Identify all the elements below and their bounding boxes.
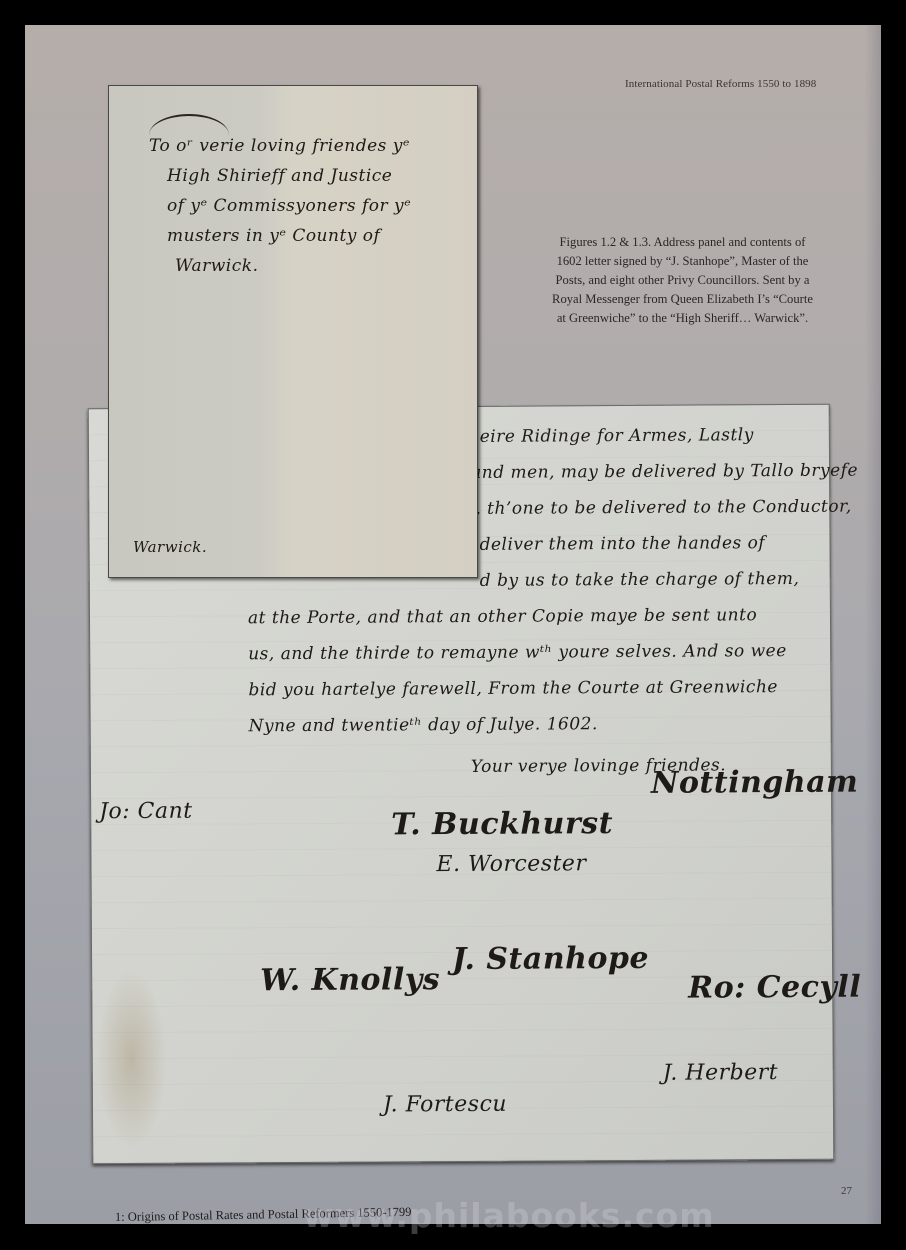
signature: W. Knollys: [260, 962, 440, 998]
signature: J. Stanhope: [452, 941, 649, 977]
signature: J. Herbert: [663, 1060, 778, 1086]
letter-line: Nyne and twentieᵗʰ day of Julye. 1602.: [249, 714, 598, 736]
caption-line: Posts, and eight other Privy Councillors…: [525, 271, 840, 290]
letter-line: deliver them into the handes of: [479, 533, 765, 555]
signature: J. Fortescu: [383, 1092, 507, 1118]
caption-line: at Greenwiche” to the “High Sheriff… War…: [525, 309, 840, 328]
watermark: www.philabooks.com: [303, 1196, 715, 1235]
signature: Jo: Cant: [99, 799, 193, 825]
caption-line: Royal Messenger from Queen Elizabeth I’s…: [525, 290, 840, 309]
letter-line: theire Ridinge for Armes, Lastly: [461, 425, 754, 447]
paper-stain: [96, 969, 167, 1149]
letter-line: d by us to take the charge of them,: [480, 569, 800, 591]
signature: E. Worcester: [436, 851, 586, 877]
address-line: Warwick.: [175, 256, 258, 276]
letter-line: at the Porte, and that an other Copie ma…: [248, 605, 757, 628]
caption-line: Figures 1.2 & 1.3. Address panel and con…: [525, 233, 840, 252]
letter-line: us, and the thirde to remayne wᵗʰ youre …: [248, 641, 787, 664]
caption-line: 1602 letter signed by “J. Stanhope”, Mas…: [525, 252, 840, 271]
letter-line: and men, may be delivered by Tallo bryef…: [471, 461, 858, 483]
address-line: To oʳ verie loving friendes yᵉ: [149, 136, 410, 156]
address-line: High Shirieff and Justice: [167, 166, 392, 186]
signature: Nottingham: [651, 765, 859, 801]
signature: T. Buckhurst: [391, 806, 613, 842]
running-head: International Postal Reforms 1550 to 189…: [625, 78, 816, 90]
signature: Ro: Cecyll: [688, 970, 861, 1006]
letter-line: bid you hartelye farewell, From the Cour…: [248, 677, 778, 700]
address-line: musters in yᵉ County of: [167, 226, 380, 246]
docket-note: Warwick.: [133, 538, 207, 556]
letter-line: , th’one to be delivered to the Conducto…: [475, 497, 852, 519]
address-panel-figure: To oʳ verie loving friendes yᵉ High Shir…: [108, 85, 478, 578]
figure-caption: Figures 1.2 & 1.3. Address panel and con…: [525, 233, 840, 328]
page-number: 27: [841, 1185, 852, 1197]
address-line: of yᵉ Commissyoners for yᵉ: [167, 196, 411, 216]
